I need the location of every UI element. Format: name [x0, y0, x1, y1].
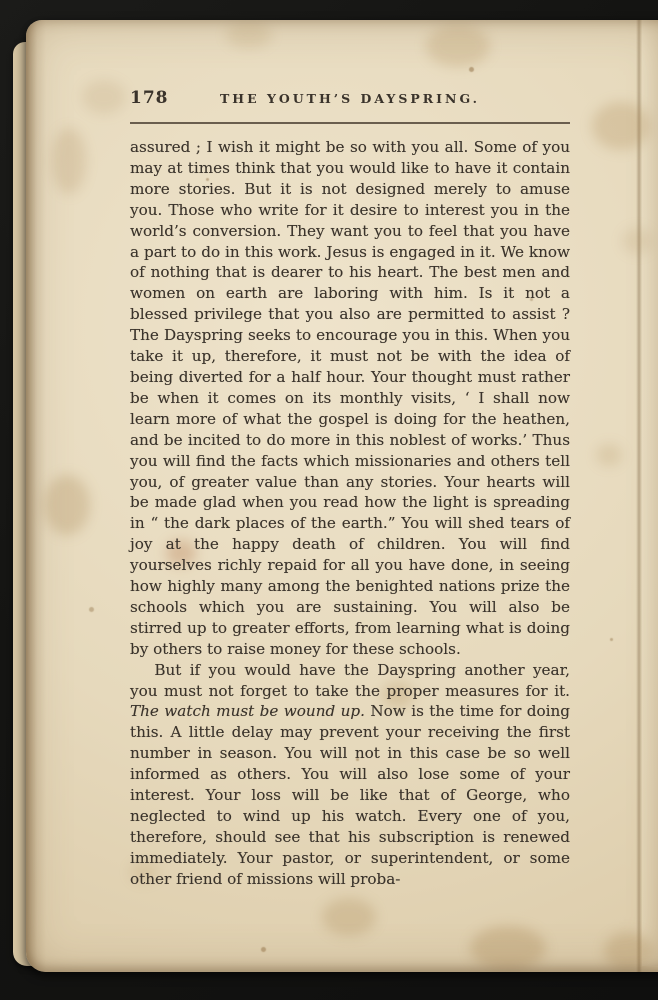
paragraph: assured ; I wish it might be so with you…: [130, 137, 570, 660]
paragraph-text: Now is the time for doing this. A little…: [130, 702, 570, 887]
book-scan-photo: 178 THE YOUTH’S DAYSPRING. assured ; I w…: [0, 0, 658, 1000]
paper-stain: [426, 25, 490, 67]
adjacent-page-edge: [642, 20, 658, 966]
paragraph-text-italic: The watch must be wound up.: [130, 702, 365, 720]
paper-stain: [470, 926, 546, 970]
paper-stain: [52, 128, 86, 194]
paper-stain: [44, 475, 90, 535]
paper-stain: [322, 898, 376, 936]
paragraph-text: assured ; I wish it might be so with you…: [130, 138, 570, 658]
paragraph: But if you would have the Dayspring anot…: [130, 660, 570, 890]
paragraph-text: But if you would have the Dayspring anot…: [130, 661, 570, 700]
page-body: assured ; I wish it might be so with you…: [130, 137, 570, 890]
book-page: 178 THE YOUTH’S DAYSPRING. assured ; I w…: [26, 20, 658, 972]
paper-stain: [226, 22, 272, 48]
page-number: 178: [130, 88, 169, 108]
page-header: 178 THE YOUTH’S DAYSPRING.: [130, 88, 570, 112]
header-rule: [130, 122, 570, 124]
paper-stain: [82, 80, 126, 114]
printed-content: 178 THE YOUTH’S DAYSPRING. assured ; I w…: [130, 88, 570, 890]
running-title: THE YOUTH’S DAYSPRING.: [130, 88, 570, 106]
paper-stain: [596, 444, 622, 466]
page-left-fold-shade: [26, 20, 46, 972]
